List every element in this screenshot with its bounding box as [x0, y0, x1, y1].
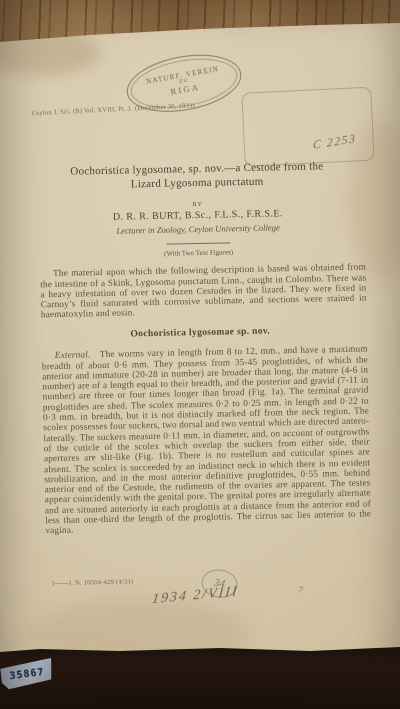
- figures-note: (With Two Text Figures): [29, 245, 369, 260]
- page: NATURF. VEREIN ZU RIGA Ceylon J. Sci. (B…: [0, 0, 400, 709]
- external-body: The worms vary in length from 8 to 12, m…: [42, 345, 371, 537]
- intro-paragraph: The material upon which the following de…: [40, 263, 367, 321]
- accession-number-handwriting: C 2253: [313, 131, 357, 153]
- species-heading: Oochoristica lygosomae sp. nov.: [30, 323, 370, 341]
- external-lead: External.: [55, 351, 91, 362]
- description-paragraph: External. The worms vary in length from …: [42, 345, 372, 537]
- pencil-tick-mark: 7: [297, 585, 304, 597]
- journal-citation: Ceylon J. Sci. (B) Vol. XVIII, Pt. 1. (D…: [32, 101, 232, 118]
- printers-footnote: 1——J. N. 10504-429 (4/33): [51, 578, 133, 587]
- paper-title: Oochoristica lygosomae, sp. nov.—a Cesto…: [27, 159, 367, 193]
- title-divider-rule: [166, 242, 230, 244]
- catalog-number: 35867: [9, 666, 45, 681]
- page-content: NATURF. VEREIN ZU RIGA Ceylon J. Sci. (B…: [0, 0, 400, 709]
- accession-stamp-box: C 2253: [241, 87, 374, 167]
- pencil-annotation: 1934 2/VIII: [151, 584, 239, 608]
- photo-of-paper-page: NATURF. VEREIN ZU RIGA Ceylon J. Sci. (B…: [0, 0, 400, 709]
